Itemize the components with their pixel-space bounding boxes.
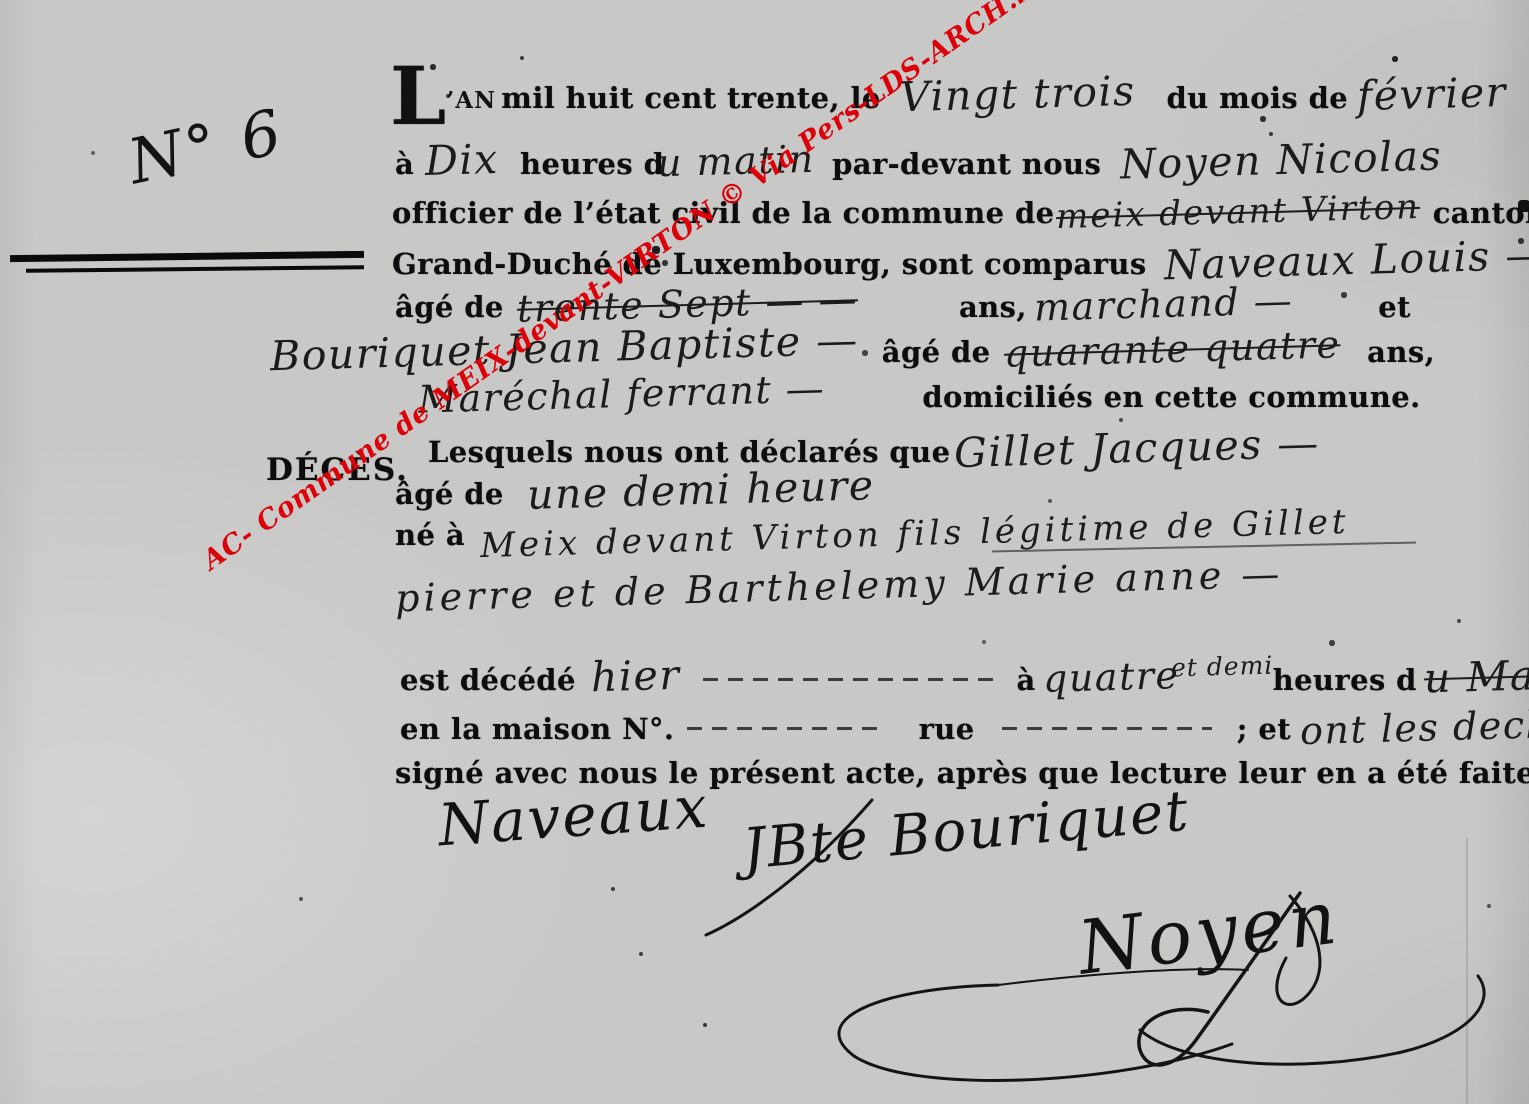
act-line-3: officier de l’état civil de la commune d…: [392, 185, 1529, 233]
handwritten-deceased-age: une demi heure: [526, 461, 875, 519]
printed-text: âgé de: [882, 335, 991, 369]
handwritten-commune: meix devant Virton: [1055, 187, 1420, 237]
printed-text: heures d: [1273, 663, 1417, 697]
printed-text: ; et: [1237, 712, 1291, 746]
printed-text: âgé de: [395, 290, 504, 324]
ink-specks: [0, 0, 2, 2]
printed-text: est décédé: [400, 663, 576, 697]
printed-text: ans,: [1367, 335, 1435, 369]
act-line-1: L’AN mil huit cent trente, le Vingt troi…: [390, 68, 1507, 124]
margin-double-rule-bottom: [26, 265, 364, 273]
printed-text: canton de: [1433, 196, 1529, 230]
printed-text: domiciliés en cette commune.: [922, 380, 1420, 414]
dropcap-L: L: [390, 49, 446, 143]
handwritten-deceased-name: Gillet Jacques —: [953, 419, 1320, 477]
printed-text: du mois de: [1167, 81, 1349, 115]
printed-text: heures d: [520, 147, 664, 181]
printed-text: Grand-Duché de Luxembourg, sont comparus: [392, 247, 1147, 281]
handwritten-witness1-profession: marchand —: [1033, 278, 1293, 329]
handwritten-officer-name: Noyen Nicolas: [1120, 132, 1443, 189]
signature-officer: Noyen: [1074, 874, 1345, 991]
printed-text: et: [1378, 290, 1411, 324]
handwritten-declarants-note: ont les declarants: [1300, 699, 1529, 753]
act-line-10: né à Meix devant Virton fils légitime de…: [395, 514, 1350, 554]
act-line-11: pierre et de Barthelemy Marie anne —: [395, 564, 1283, 608]
printed-text: en la maison N°.: [400, 712, 674, 746]
printed-text: mil huit cent trente, le: [501, 81, 881, 115]
handwritten-ampm: u Matin: [1423, 650, 1529, 703]
handwritten-day: Vingt trois: [899, 67, 1136, 122]
printed-text: à: [1017, 663, 1036, 697]
printed-text: ’AN: [446, 87, 496, 114]
signature-witness2: JBte Bouriquet: [740, 779, 1192, 883]
blank-dash-line: [1002, 727, 1212, 730]
act-line-9: âgé de une demi heure: [395, 466, 874, 514]
handwritten-superscript: et demi: [1171, 651, 1274, 683]
act-line-7: Maréchal ferrant — domiciliés en cette c…: [418, 372, 1421, 416]
handwritten-month: février: [1357, 68, 1508, 120]
act-number-handwritten: N° 6: [122, 95, 290, 199]
printed-text: rue: [919, 712, 975, 746]
death-record-scan-page: N° 6 DÉCÈS. L’AN mil huit cent trente, l…: [0, 0, 1529, 1104]
blank-dash-line: [703, 678, 993, 681]
act-line-4: Grand-Duché de Luxembourg, sont comparus…: [392, 236, 1529, 284]
printed-text: par-devant nous: [832, 147, 1101, 181]
page-fold-line: [1466, 838, 1468, 1104]
handwritten-death-date: hier: [590, 651, 681, 701]
printed-text: ans,: [959, 290, 1027, 324]
act-line-2: à Dix heures d u matin par-devant nous N…: [395, 136, 1443, 184]
act-line-6: Bouriquet Jean Baptiste — âgé de quarant…: [270, 324, 1435, 372]
margin-double-rule-top: [10, 251, 364, 262]
printed-text: âgé de: [395, 477, 504, 511]
handwritten-hour: Dix: [425, 135, 500, 185]
handwritten-death-hour: quatre: [1042, 653, 1180, 701]
handwritten-witness2-age: quarante quatre: [1003, 322, 1341, 375]
blank-dash-line: [687, 727, 887, 730]
act-line-12: est décédé hier à quatreet demi heures d…: [400, 652, 1529, 700]
act-line-13: en la maison N°. rue ; et ont les declar…: [400, 704, 1529, 748]
printed-text: né à: [395, 518, 465, 552]
printed-text: à: [395, 147, 414, 181]
